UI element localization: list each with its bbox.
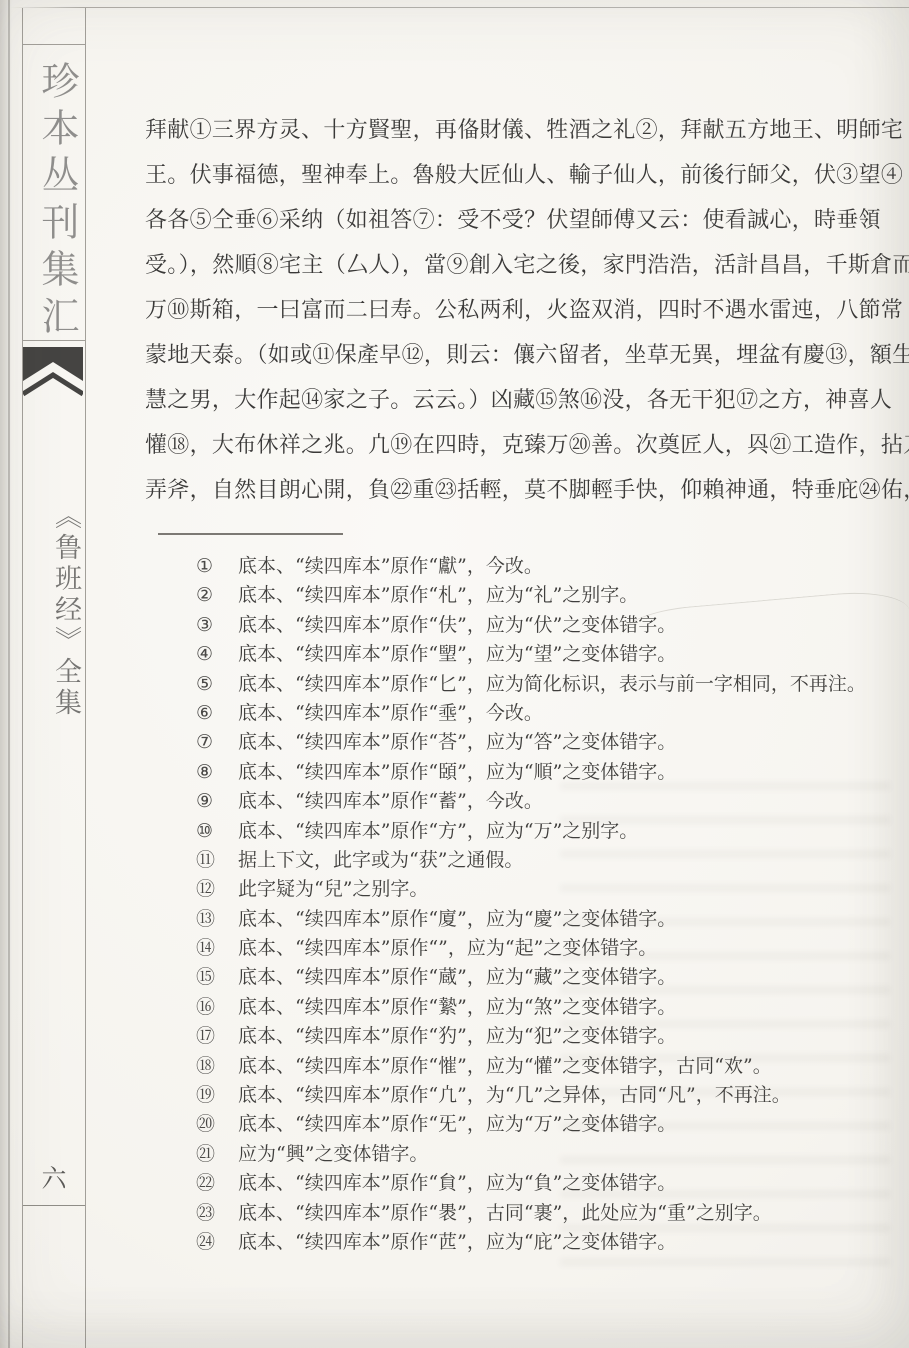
footnote-item: ⑳底本、“续四库本”原作“旡”，应为“万”之变体错字。	[196, 1110, 909, 1139]
footnote-text: 底本、“续四库本”原作“廈”，应为“慶”之变体错字。	[238, 908, 676, 930]
footnote-text: 据上下文，此字或为“获”之通假。	[238, 849, 523, 871]
footnote-item: ①底本、“续四库本”原作“獻”，今改。	[196, 552, 909, 581]
footnote-item: ㉒底本、“续四库本”原作“貟”，应为“負”之变体错字。	[196, 1169, 909, 1198]
footnote-marker: ⑱	[196, 1052, 224, 1081]
footnote-text: 底本、“续四库本”原作“伕”，应为“伏”之变体错字。	[238, 614, 676, 636]
footnote-marker: ③	[196, 611, 224, 640]
footnote-marker: ㉒	[196, 1169, 224, 1198]
footnote-text: 底本、“续四库本”原作“苉”，应为“庇”之变体错字。	[238, 1231, 676, 1253]
footnote-text: 底本、“续四库本”原作“縶”，应为“煞”之变体错字。	[238, 996, 676, 1018]
footnote-item: ⑪据上下文，此字或为“获”之通假。	[196, 846, 909, 875]
double-chevron-up-icon	[23, 341, 83, 399]
series-title: 珍本丛刊集汇	[23, 54, 85, 350]
footnote-marker: ⑮	[196, 963, 224, 992]
footnote-item: ⑭底本、“续四库本”原作“𧺫”，应为“起”之变体错字。	[196, 934, 909, 963]
footnote-text: 底本、“续四库本”原作“朢”，应为“望”之变体错字。	[238, 643, 676, 665]
footnote-item: ⑱底本、“续四库本”原作“慛”，应为“懽”之变体错字，古同“欢”。	[196, 1052, 909, 1081]
footnote-text: 底本、“续四库本”原作“凣”，为“几”之异体，古同“凡”，不再注。	[238, 1084, 791, 1106]
footnote-marker: ⑯	[196, 993, 224, 1022]
footnote-marker: ⑬	[196, 905, 224, 934]
footnote-text: 底本、“续四库本”原作“札”，应为“礼”之别字。	[238, 584, 638, 606]
footnote-item: ㉔底本、“续四库本”原作“苉”，应为“庇”之变体错字。	[196, 1228, 909, 1257]
footnote-marker: ⑰	[196, 1022, 224, 1051]
footnote-item: ⑯底本、“续四库本”原作“縶”，应为“煞”之变体错字。	[196, 993, 909, 1022]
footnote-item: ㉑应为“興”之变体错字。	[196, 1140, 909, 1169]
text-line: 王。伏事福德，聖神奉上。魯般大匠仙人、輸子仙人，前後行師父，伏③望④	[145, 153, 900, 198]
footnote-item: ⑤底本、“续四库本”原作“匕”，应为简化标识，表示与前一字相同，不再注。	[196, 670, 909, 699]
scan-top-edge	[10, 7, 909, 8]
footnote-text: 底本、“续四库本”原作“荅”，应为“答”之变体错字。	[238, 731, 676, 753]
footnote-marker: ⑦	[196, 728, 224, 757]
text-line: 蒙地天泰。（如或⑪保產早⑫，則云：儴六留者，坐草无異，埋盆有慶⑬，額生	[145, 333, 900, 378]
text-line: 懽⑱，大布休祥之兆。凣⑲在四時，克臻万⑳善。次奠匠人，㒷㉑工造作，拈刀	[145, 423, 900, 468]
footnote-item: ⑮底本、“续四库本”原作“蔵”，应为“藏”之变体错字。	[196, 963, 909, 992]
footnote-item: ④底本、“续四库本”原作“朢”，应为“望”之变体错字。	[196, 640, 909, 669]
footnotes-block: ①底本、“续四库本”原作“獻”，今改。 ②底本、“续四库本”原作“札”，应为“礼…	[0, 552, 909, 1257]
footnote-marker: ㉔	[196, 1228, 224, 1257]
scanned-book-page: 珍本丛刊集汇 《鲁班经》全集 六 拜献①三界方灵、十方賢聖，再俻財儀、牲酒之礼②…	[0, 0, 909, 1348]
footnote-text: 底本、“续四库本”原作“頣”，应为“順”之变体错字。	[238, 761, 676, 783]
footnote-item: ⑦底本、“续四库本”原作“荅”，应为“答”之变体错字。	[196, 728, 909, 757]
footnote-text: 底本、“续四库本”原作“獻”，今改。	[238, 555, 543, 577]
footnote-marker: ⑧	[196, 758, 224, 787]
footnote-marker: ⑤	[196, 670, 224, 699]
text-line: 各各⑤仝垂⑥采纳（如祖答⑦：受不受？伏望師傅又云：使看誠心，時垂領	[145, 198, 900, 243]
text-line: 万⑩斯箱，一曰富而二曰寿。公私两利，火盗双消，四时不遇水雷迍，八節常	[145, 288, 900, 333]
footnote-marker: ⑲	[196, 1081, 224, 1110]
footnote-text: 底本、“续四库本”原作“褁”，古同“裹”，此处应为“重”之别字。	[238, 1202, 772, 1224]
chevron-banner	[23, 340, 85, 401]
text-line: 弄斧，自然目朗心開，負㉒重㉓括輕，莫不脚輕手快，仰賴神通，特垂庇㉔佑，	[145, 468, 900, 513]
footnote-text: 底本、“续四库本”原作“慛”，应为“懽”之变体错字，古同“欢”。	[238, 1055, 772, 1077]
footnote-marker: ㉑	[196, 1140, 224, 1169]
footnote-text: 底本、“续四库本”原作“埀”，今改。	[238, 702, 543, 724]
footnote-marker: ㉓	[196, 1199, 224, 1228]
footnote-text: 此字疑为“兒”之别字。	[238, 878, 428, 900]
footnote-marker: ⑪	[196, 846, 224, 875]
footnote-item: ⑩底本、“续四库本”原作“方”，应为“万”之别字。	[196, 817, 909, 846]
footnote-marker: ⑨	[196, 787, 224, 816]
footnote-marker: ⑭	[196, 934, 224, 963]
footnote-marker: ⑫	[196, 875, 224, 904]
footnote-text: 应为“興”之变体错字。	[238, 1143, 428, 1165]
footnote-item: ③底本、“续四库本”原作“伕”，应为“伏”之变体错字。	[196, 611, 909, 640]
footnote-marker: ⑳	[196, 1110, 224, 1139]
footnote-text: 底本、“续四库本”原作“蓄”，今改。	[238, 790, 543, 812]
footnote-marker: ④	[196, 640, 224, 669]
footnote-item: ⑲底本、“续四库本”原作“凣”，为“几”之异体，古同“凡”，不再注。	[196, 1081, 909, 1110]
footnote-text: 底本、“续四库本”原作“方”，应为“万”之别字。	[238, 820, 638, 842]
footnote-item: ⑬底本、“续四库本”原作“廈”，应为“慶”之变体错字。	[196, 905, 909, 934]
main-text-block: 拜献①三界方灵、十方賢聖，再俻財儀、牲酒之礼②，拜献五方地王、明師宅 王。伏事福…	[145, 108, 900, 513]
footnote-marker: ②	[196, 581, 224, 610]
footnote-text: 底本、“续四库本”原作“犳”，应为“犯”之变体错字。	[238, 1025, 676, 1047]
footnote-item: ⑨底本、“续四库本”原作“蓄”，今改。	[196, 787, 909, 816]
footnote-item: ⑥底本、“续四库本”原作“埀”，今改。	[196, 699, 909, 728]
footnote-item: ㉓底本、“续四库本”原作“褁”，古同“裹”，此处应为“重”之别字。	[196, 1199, 909, 1228]
footnote-text: 底本、“续四库本”原作“匕”，应为简化标识，表示与前一字相同，不再注。	[238, 673, 866, 695]
footnote-text: 底本、“续四库本”原作“蔵”，应为“藏”之变体错字。	[238, 966, 676, 988]
footnote-item: ⑰底本、“续四库本”原作“犳”，应为“犯”之变体错字。	[196, 1022, 909, 1051]
footnote-item: ⑧底本、“续四库本”原作“頣”，应为“順”之变体错字。	[196, 758, 909, 787]
footnote-marker: ⑥	[196, 699, 224, 728]
footnote-item: ②底本、“续四库本”原作“札”，应为“礼”之别字。	[196, 581, 909, 610]
footnote-text: 底本、“续四库本”原作“旡”，应为“万”之变体错字。	[238, 1113, 676, 1135]
footnote-text: 底本、“续四库本”原作“𧺫”，应为“起”之变体错字。	[238, 937, 657, 959]
footnote-text: 底本、“续四库本”原作“貟”，应为“負”之变体错字。	[238, 1172, 676, 1194]
text-line: 拜献①三界方灵、十方賢聖，再俻財儀、牲酒之礼②，拜献五方地王、明師宅	[145, 108, 900, 153]
sidebar-top-box	[23, 8, 85, 45]
text-line: 慧之男，大作起⑭家之子。云云。）凶藏⑮煞⑯没，各无干犯⑰之方，神喜人	[145, 378, 900, 423]
footnote-marker: ⑩	[196, 817, 224, 846]
footnote-marker: ①	[196, 552, 224, 581]
text-line: 受。），然順⑧宅主（厶人），當⑨創入宅之後，家門浩浩，活計昌昌，千斯倉而	[145, 243, 900, 288]
footnote-item: ⑫此字疑为“兒”之别字。	[196, 875, 909, 904]
footnote-separator	[158, 533, 343, 535]
